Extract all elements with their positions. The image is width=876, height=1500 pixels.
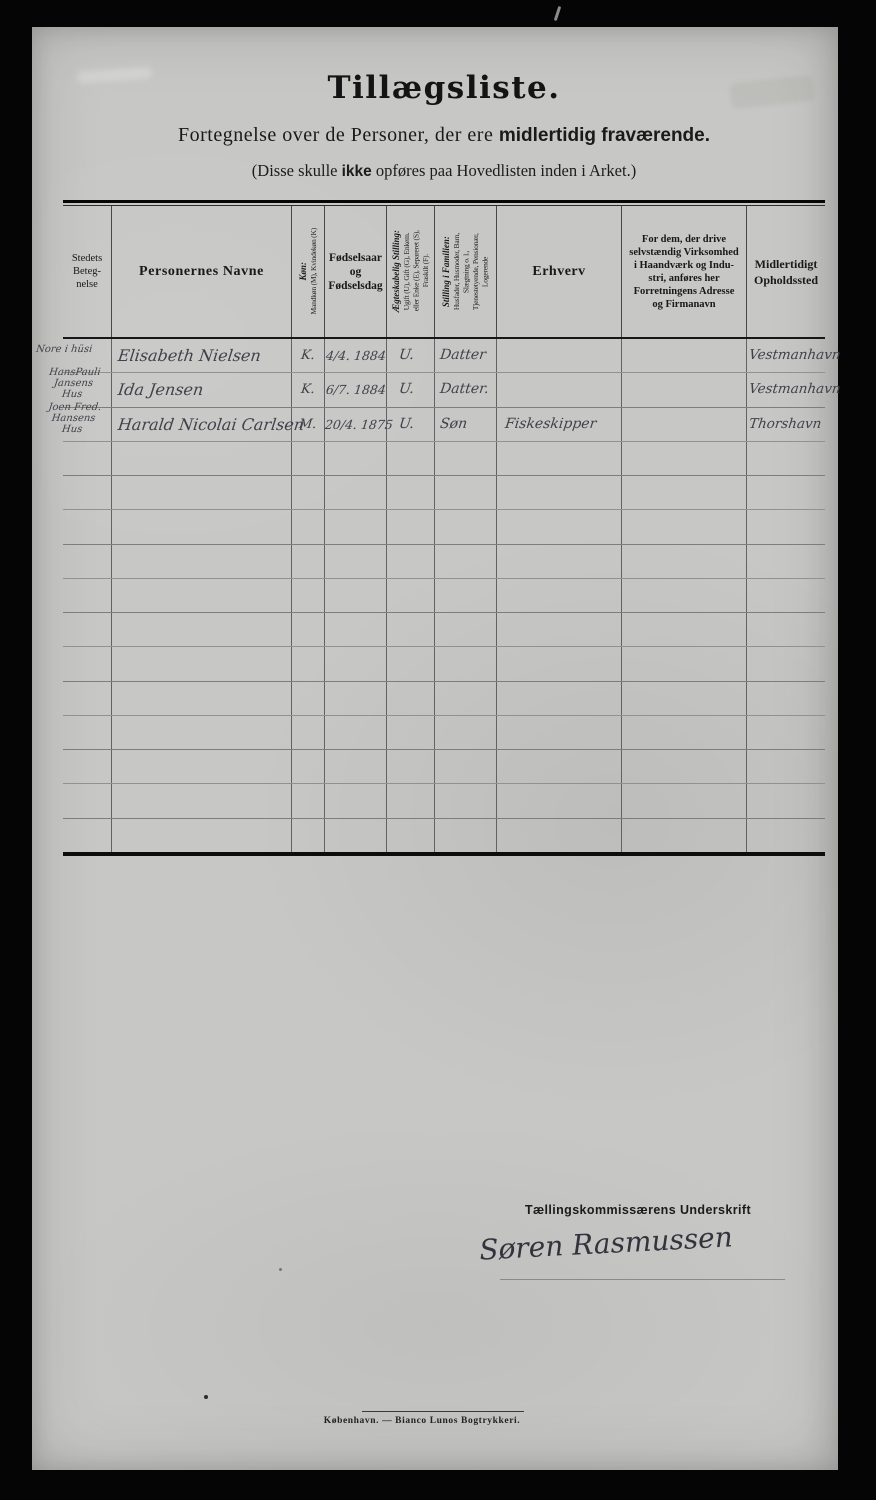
cell-aegt: U. [387, 408, 435, 441]
cell-fodt [325, 545, 387, 578]
scan-background: { "doc": { "title": "Tillægsliste.", "su… [0, 0, 876, 1500]
cell-stilling [435, 819, 497, 852]
header-label: Midlertidigt Opholdssted [754, 256, 818, 288]
header-label: Stedets Beteg- nelse [72, 252, 102, 291]
cell-ophold: Vestmanhavn [747, 339, 825, 372]
cell-stilling: Søn [435, 408, 497, 441]
handwritten-kon: M. [298, 417, 317, 432]
cell-sted [63, 784, 112, 817]
cell-adresse [622, 373, 747, 406]
commissioner-signature: Søren Rasmussen [445, 1219, 766, 1270]
cell-adresse [622, 339, 747, 372]
handwritten-fodt: 20/4. 1875 [324, 417, 394, 432]
cell-aegt: U. [387, 373, 435, 406]
cell-fodt: 6/7. 1884 [325, 373, 387, 406]
table-row [63, 682, 825, 716]
handwritten-stilling: Søn [434, 417, 468, 432]
cell-erhverv [497, 373, 622, 406]
cell-name [112, 545, 292, 578]
signature-label: Tællingskommissærens Underskrift [432, 1203, 844, 1218]
cell-erhverv [497, 339, 622, 372]
cell-stilling [435, 750, 497, 783]
handwritten-ophold: Vestmanhavn [746, 382, 841, 397]
cell-fodt [325, 476, 387, 509]
cell-ophold [747, 819, 825, 852]
cell-kon [292, 750, 325, 783]
cell-stilling [435, 716, 497, 749]
document-page: Tillægsliste. Fortegnelse over de Person… [32, 27, 838, 1470]
cell-fodt: 20/4. 1875 [325, 408, 387, 441]
header-virksomhed-adresse: For dem, der drive selvstændig Virksomhe… [622, 206, 747, 337]
cell-adresse [622, 613, 747, 646]
cell-sted [63, 510, 112, 543]
cell-aegt [387, 613, 435, 646]
header-label: Personernes Navne [139, 263, 264, 280]
cell-fodt [325, 613, 387, 646]
table-row: Nore i hüsiElisabeth NielsenK.4/4. 1884U… [63, 339, 825, 373]
cell-sted [63, 579, 112, 612]
header-stedets-betegnelse: Stedets Beteg- nelse [63, 206, 112, 337]
table-row [63, 784, 825, 818]
cell-aegt [387, 819, 435, 852]
table-row [63, 476, 825, 510]
cell-erhverv [497, 784, 622, 817]
subtitle: Fortegnelse over de Personer, der ere mi… [63, 123, 825, 148]
cell-kon [292, 579, 325, 612]
cell-ophold [747, 750, 825, 783]
cell-sted [63, 682, 112, 715]
table-row [63, 510, 825, 544]
cell-sted [63, 716, 112, 749]
cell-adresse [622, 819, 747, 852]
scan-edge-mark [554, 6, 561, 21]
cell-ophold [747, 476, 825, 509]
header-sublabel: Ugift (U), Gift (G), Enkem. eller Enke (… [402, 230, 431, 312]
handwritten-sted: Joen Fred. Hansens Hus [34, 402, 113, 435]
cell-adresse [622, 579, 747, 612]
cell-sted [63, 476, 112, 509]
table-row: HansPauli Jansens HusIda JensenK.6/7. 18… [63, 373, 825, 407]
handwritten-name: Harald Nicolai Carlsen [111, 417, 305, 432]
header-personernes-navne: Personernes Navne [112, 206, 292, 337]
cell-aegt [387, 682, 435, 715]
cell-adresse [622, 716, 747, 749]
cell-name [112, 476, 292, 509]
cell-ophold [747, 579, 825, 612]
cell-erhverv [497, 613, 622, 646]
cell-erhverv [497, 750, 622, 783]
header-fodselsaar: Fødselsaar og Fødselsdag [325, 206, 387, 337]
cell-erhverv [497, 476, 622, 509]
note-bold: ikke [342, 163, 372, 180]
cell-fodt [325, 442, 387, 475]
page-title: Tillægsliste. [63, 71, 825, 105]
cell-stilling [435, 682, 497, 715]
cell-name [112, 750, 292, 783]
cell-sted [63, 647, 112, 680]
header-midlertidigt-opholdssted: Midlertidigt Opholdssted [747, 206, 825, 337]
instruction-note: (Disse skulle ikke opføres paa Hovedlist… [63, 161, 825, 182]
cell-name [112, 613, 292, 646]
cell-name: Harald Nicolai Carlsen [112, 408, 292, 441]
cell-fodt [325, 510, 387, 543]
table-row [63, 750, 825, 784]
cell-stilling [435, 442, 497, 475]
cell-aegt [387, 545, 435, 578]
cell-ophold [747, 716, 825, 749]
cell-stilling: Datter. [435, 373, 497, 406]
table-row [63, 442, 825, 476]
cell-kon: K. [292, 373, 325, 406]
cell-aegt: U. [387, 339, 435, 372]
vertical-text: Stilling i Familien: Husfader, Husmoder,… [441, 233, 490, 310]
handwritten-name: Ida Jensen [111, 382, 204, 397]
cell-kon [292, 819, 325, 852]
header-label: Fødselsaar og Fødselsdag [328, 251, 382, 293]
cell-adresse [622, 784, 747, 817]
cell-stilling [435, 476, 497, 509]
cell-kon [292, 545, 325, 578]
cell-kon [292, 476, 325, 509]
cell-ophold [747, 647, 825, 680]
cell-erhverv: Fiskeskipper [497, 408, 622, 441]
handwritten-kon: K. [300, 382, 316, 397]
cell-name [112, 647, 292, 680]
table-row [63, 819, 825, 852]
cell-fodt [325, 716, 387, 749]
cell-adresse [622, 510, 747, 543]
cell-adresse [622, 476, 747, 509]
cell-aegt [387, 442, 435, 475]
cell-name [112, 819, 292, 852]
cell-aegt [387, 647, 435, 680]
header-label: Erhverv [532, 264, 585, 280]
cell-kon [292, 784, 325, 817]
cell-ophold: Vestmanhavn [747, 373, 825, 406]
cell-name [112, 510, 292, 543]
cell-kon [292, 510, 325, 543]
cell-stilling [435, 545, 497, 578]
cell-stilling [435, 510, 497, 543]
cell-ophold [747, 613, 825, 646]
handwritten-sted: HansPauli Jansens Hus [34, 367, 113, 400]
cell-name [112, 682, 292, 715]
handwritten-aegt: U. [386, 382, 415, 397]
cell-name: Ida Jensen [112, 373, 292, 406]
cell-ophold [747, 545, 825, 578]
census-table: Stedets Beteg- nelse Personernes Navne K… [63, 200, 825, 856]
cell-aegt [387, 716, 435, 749]
cell-kon [292, 682, 325, 715]
cell-aegt [387, 476, 435, 509]
table-row [63, 545, 825, 579]
subtitle-bold: midlertidig fraværende. [499, 125, 710, 146]
cell-kon [292, 647, 325, 680]
cell-adresse [622, 545, 747, 578]
vertical-text: Ægteskabelig Stilling: Ugift (U), Gift (… [391, 230, 431, 312]
cell-stilling [435, 613, 497, 646]
cell-aegt [387, 784, 435, 817]
cell-fodt [325, 819, 387, 852]
cell-sted: Joen Fred. Hansens Hus [63, 408, 112, 441]
cell-fodt [325, 682, 387, 715]
scan-speck [204, 1395, 208, 1399]
handwritten-aegt: U. [386, 348, 415, 363]
cell-name [112, 716, 292, 749]
cell-ophold [747, 510, 825, 543]
cell-kon: K. [292, 339, 325, 372]
cell-aegt [387, 579, 435, 612]
cell-adresse [622, 750, 747, 783]
cell-stilling [435, 579, 497, 612]
printer-imprint: København. — Bianco Lunos Bogtrykkeri. [122, 1415, 722, 1427]
note-rest: opføres paa Hovedlisten inden i Arket.) [372, 161, 636, 180]
header-label: For dem, der drive selvstændig Virksomhe… [629, 233, 738, 311]
table-row [63, 647, 825, 681]
cell-adresse [622, 647, 747, 680]
handwritten-aegt: U. [386, 417, 415, 432]
header-label: Køn: [298, 228, 309, 314]
cell-erhverv [497, 442, 622, 475]
cell-aegt [387, 510, 435, 543]
cell-erhverv [497, 716, 622, 749]
vertical-text: Køn: Mandkøn (M), Kvindekøn (K) [298, 228, 319, 314]
header-sublabel: Husfader, Husmoder, Barn, Slægtning o. l… [452, 233, 490, 310]
cell-adresse [622, 408, 747, 441]
header-label: Ægteskabelig Stilling: [391, 230, 402, 312]
header-stilling-i-familien: Stilling i Familien: Husfader, Husmoder,… [435, 206, 497, 337]
handwritten-ophold: Thorshavn [746, 417, 822, 432]
handwritten-stilling: Datter. [434, 382, 490, 397]
cell-stilling [435, 784, 497, 817]
table-row [63, 579, 825, 613]
cell-name [112, 579, 292, 612]
imprint-rule [362, 1411, 524, 1412]
cell-ophold [747, 442, 825, 475]
handwritten-fodt: 4/4. 1884 [325, 348, 387, 363]
cell-erhverv [497, 545, 622, 578]
cell-aegt [387, 750, 435, 783]
cell-erhverv [497, 579, 622, 612]
cell-stilling: Datter [435, 339, 497, 372]
table-header-row: Stedets Beteg- nelse Personernes Navne K… [63, 205, 825, 339]
cell-name [112, 442, 292, 475]
cell-sted [63, 750, 112, 783]
table-body: Nore i hüsiElisabeth NielsenK.4/4. 1884U… [63, 339, 825, 856]
header-sublabel: Mandkøn (M), Kvindekøn (K) [309, 228, 319, 314]
cell-fodt [325, 750, 387, 783]
table-row: Joen Fred. Hansens HusHarald Nicolai Car… [63, 408, 825, 442]
handwritten-erhverv: Fiskeskipper [496, 417, 597, 432]
cell-fodt: 4/4. 1884 [325, 339, 387, 372]
cell-name [112, 784, 292, 817]
cell-fodt [325, 579, 387, 612]
cell-adresse [622, 442, 747, 475]
handwritten-name: Elisabeth Nielsen [111, 348, 262, 363]
handwritten-fodt: 6/7. 1884 [325, 382, 387, 397]
header-erhverv: Erhverv [497, 206, 622, 337]
cell-stilling [435, 647, 497, 680]
cell-kon [292, 613, 325, 646]
cell-erhverv [497, 819, 622, 852]
handwritten-stilling: Datter [434, 348, 487, 363]
subtitle-lead: Fortegnelse over de Personer, der ere [178, 124, 499, 146]
cell-kon [292, 442, 325, 475]
handwritten-kon: K. [300, 348, 316, 363]
note-open: (Disse skulle [252, 161, 342, 180]
cell-ophold: Thorshavn [747, 408, 825, 441]
cell-ophold [747, 682, 825, 715]
header-kon: Køn: Mandkøn (M), Kvindekøn (K) [292, 206, 325, 337]
cell-name: Elisabeth Nielsen [112, 339, 292, 372]
header-aegteskabelig-stilling: Ægteskabelig Stilling: Ugift (U), Gift (… [387, 206, 435, 337]
table-row [63, 613, 825, 647]
cell-sted [63, 442, 112, 475]
cell-fodt [325, 784, 387, 817]
cell-kon [292, 716, 325, 749]
cell-erhverv [497, 647, 622, 680]
cell-sted [63, 613, 112, 646]
cell-sted [63, 819, 112, 852]
cell-adresse [622, 682, 747, 715]
cell-ophold [747, 784, 825, 817]
cell-erhverv [497, 682, 622, 715]
cell-sted [63, 545, 112, 578]
cell-erhverv [497, 510, 622, 543]
signature-line [500, 1279, 785, 1280]
header-label: Stilling i Familien: [441, 233, 452, 310]
handwritten-sted: Nore i hüsi [35, 344, 93, 355]
handwritten-ophold: Vestmanhavn [746, 348, 841, 363]
cell-fodt [325, 647, 387, 680]
scan-speck [279, 1268, 282, 1271]
table-row [63, 716, 825, 750]
